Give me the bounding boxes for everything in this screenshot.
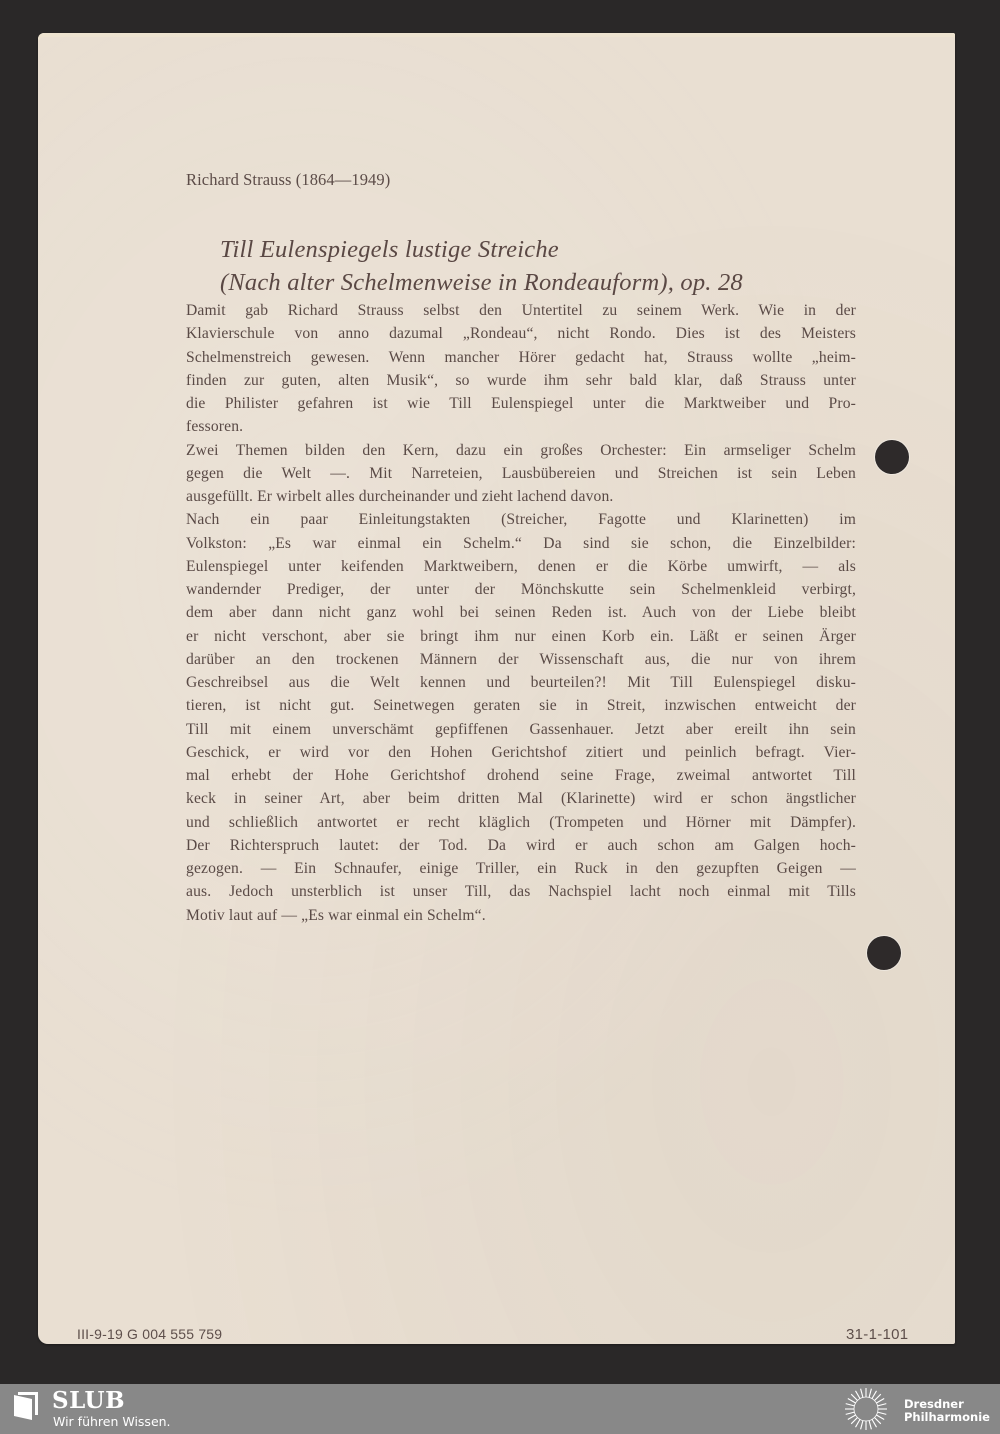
body-line: keck in seiner Art, aber beim dritten Ma…: [186, 787, 856, 810]
footer-banner: SLUB Wir führen Wissen.: [0, 1384, 1000, 1434]
philharmonie-sunburst-icon: [840, 1386, 892, 1432]
body-line: Motiv laut auf — „Es war einmal ein Sche…: [186, 904, 856, 927]
body-line: mal erhebt der Hohe Gerichtshof drohend …: [186, 764, 856, 787]
punch-hole-bottom: [867, 936, 901, 970]
body-line: wandernder Prediger, der unter der Mönch…: [186, 578, 856, 601]
archive-code: III-9-19 G 004 555 759: [77, 1326, 222, 1342]
body-line: und schließlich antwortet er recht klägl…: [186, 811, 856, 834]
body-line: Nach ein paar Einleitungstakten (Streich…: [186, 508, 856, 531]
library-tagline: Wir führen Wissen.: [53, 1414, 171, 1430]
body-line: Till mit einem unverschämt gepfiffenen G…: [186, 718, 856, 741]
partner-name: Dresdner Philharmonie: [904, 1398, 990, 1424]
body-line: Eulenspiegel unter keifenden Marktweiber…: [186, 555, 856, 578]
partner-name-line-2: Philharmonie: [904, 1411, 990, 1424]
body-line: Schelmenstreich gewesen. Wenn mancher Hö…: [186, 346, 856, 369]
body-line: gegen die Welt —. Mit Narreteien, Lausbü…: [186, 462, 856, 485]
body-line: Damit gab Richard Strauss selbst den Unt…: [186, 299, 856, 322]
program-note-body: Damit gab Richard Strauss selbst den Unt…: [186, 299, 856, 927]
body-line: er nicht verschont, aber sie bringt ihm …: [186, 625, 856, 648]
body-line: die Philister gefahren ist wie Till Eule…: [186, 392, 856, 415]
body-line: Zwei Themen bilden den Kern, dazu ein gr…: [186, 439, 856, 462]
document-page: Richard Strauss (1864—1949) Till Eulensp…: [38, 33, 955, 1344]
body-line: darüber an den trockenen Männern der Wis…: [186, 648, 856, 671]
body-line: Klavierschule von anno dazumal „Rondeau“…: [186, 322, 856, 345]
body-line: Geschick, er wird vor den Hohen Gerichts…: [186, 741, 856, 764]
document-number: 31-1-101: [846, 1326, 908, 1343]
body-line: ausgefüllt. Er wirbelt alles durcheinand…: [186, 485, 856, 508]
body-line: Geschreibsel aus die Welt kennen und beu…: [186, 671, 856, 694]
body-line: tieren, ist nicht gut. Seinetwegen gerat…: [186, 694, 856, 717]
body-line: fessoren.: [186, 415, 856, 438]
work-title: Till Eulenspiegels lustige Streiche (Nac…: [220, 233, 743, 299]
body-line: finden zur guten, alten Musik“, so wurde…: [186, 369, 856, 392]
punch-hole-top: [875, 440, 909, 474]
slub-logo-icon: [12, 1391, 42, 1421]
body-line: dem aber dann nicht ganz wohl bei seinen…: [186, 601, 856, 624]
composer-heading: Richard Strauss (1864—1949): [186, 170, 390, 190]
work-title-line-2: (Nach alter Schelmenweise in Rondeauform…: [220, 266, 743, 299]
body-line: aus. Jedoch unsterblich ist unser Till, …: [186, 880, 856, 903]
work-title-line-1: Till Eulenspiegels lustige Streiche: [220, 233, 743, 266]
body-line: gezogen. — Ein Schnaufer, einige Triller…: [186, 857, 856, 880]
body-line: Der Richterspruch lautet: der Tod. Da wi…: [186, 834, 856, 857]
library-name: SLUB: [52, 1388, 125, 1414]
body-line: Volkston: „Es war einmal ein Schelm.“ Da…: [186, 532, 856, 555]
